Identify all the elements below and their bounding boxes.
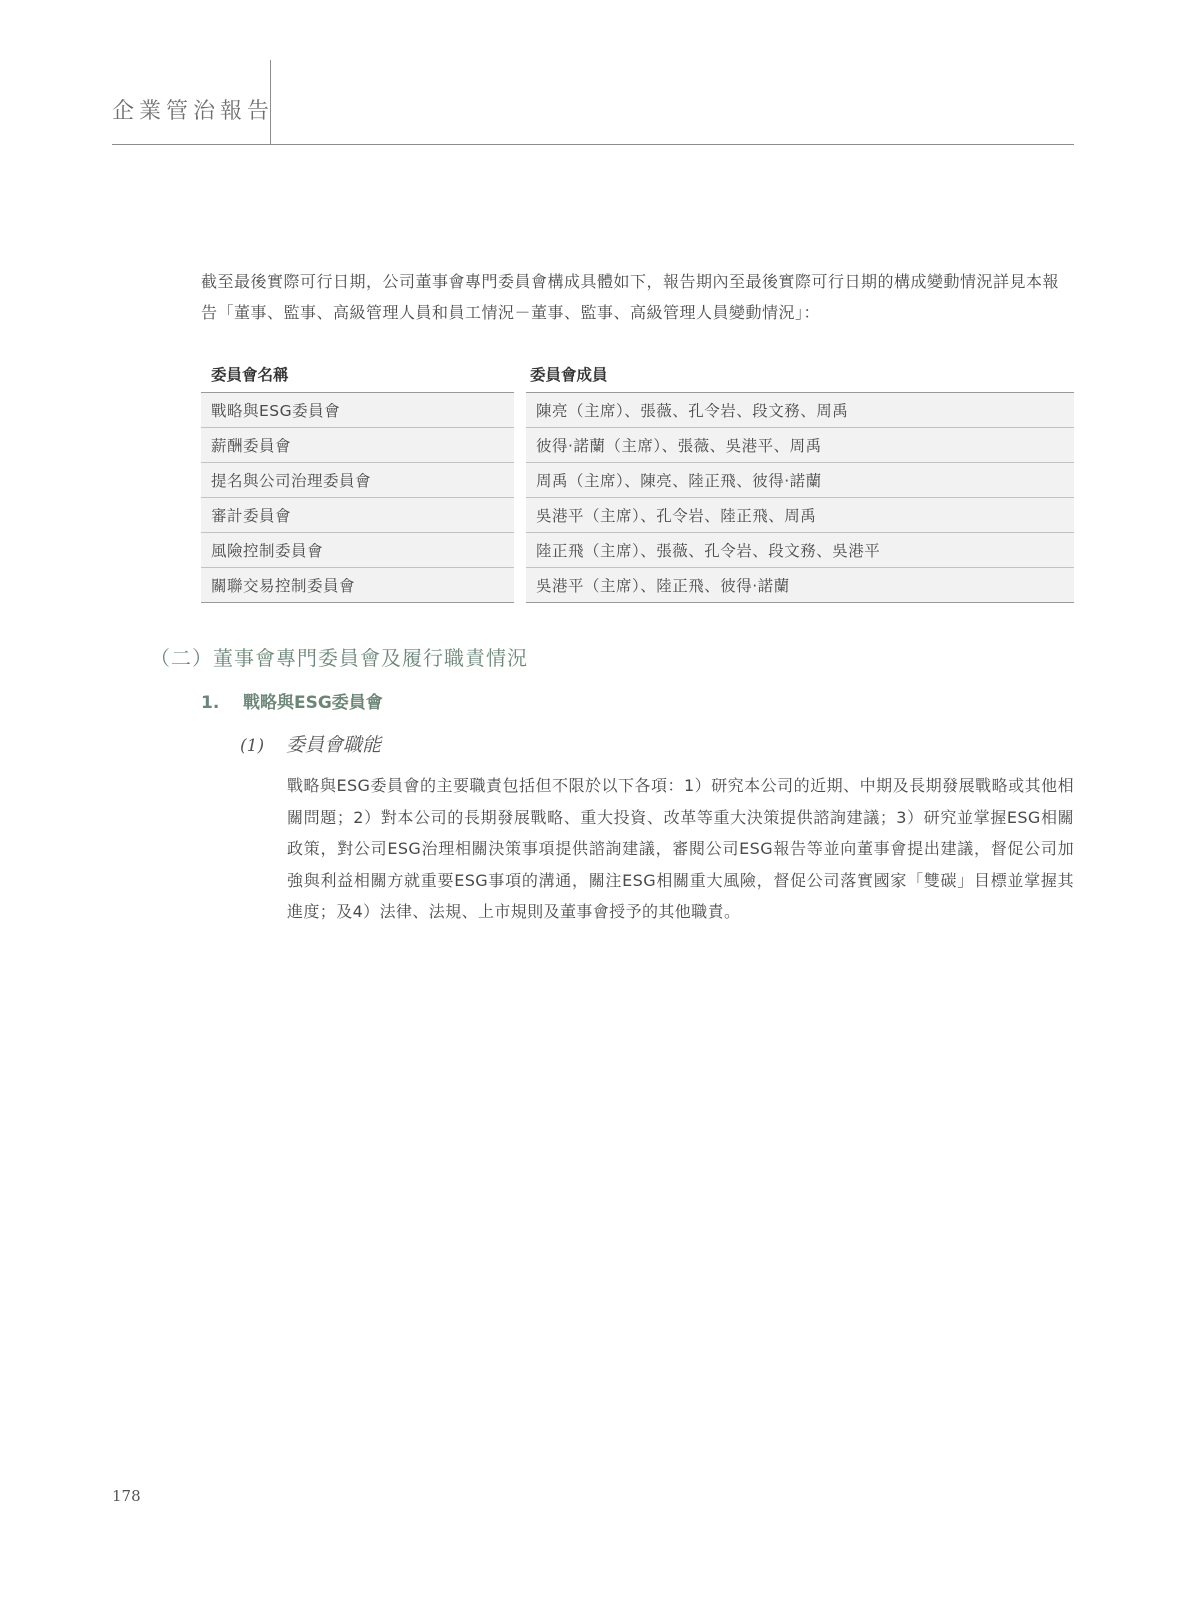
page-header: 企業管治報告 — [112, 60, 1074, 145]
table-row: 薪酬委員會 彼得·諾蘭（主席）、張薇、吳港平、周禹 — [201, 428, 1074, 463]
committee-members-cell: 陸正飛（主席）、張薇、孔令岩、段文務、吳港平 — [520, 533, 1074, 568]
subsubsection-number: (1) — [240, 736, 286, 756]
committee-name-cell: 風險控制委員會 — [201, 533, 520, 568]
subsubsection-heading: (1)委員會職能 — [240, 730, 381, 757]
committee-name-cell: 提名與公司治理委員會 — [201, 463, 520, 498]
table-row: 風險控制委員會 陸正飛（主席）、張薇、孔令岩、段文務、吳港平 — [201, 533, 1074, 568]
committee-functions-paragraph: 戰略與ESG委員會的主要職責包括但不限於以下各項：1）研究本公司的近期、中期及長… — [287, 770, 1074, 928]
committee-name-cell: 薪酬委員會 — [201, 428, 520, 463]
table-row: 審計委員會 吳港平（主席）、孔令岩、陸正飛、周禹 — [201, 498, 1074, 533]
committee-name-cell: 關聯交易控制委員會 — [201, 568, 520, 603]
committee-name-cell: 戰略與ESG委員會 — [201, 393, 520, 428]
subsection-title: 戰略與ESG委員會 — [243, 693, 383, 713]
subsubsection-title: 委員會職能 — [286, 734, 381, 756]
table-row: 提名與公司治理委員會 周禹（主席）、陳亮、陸正飛、彼得·諾蘭 — [201, 463, 1074, 498]
column-header-committee-name: 委員會名稱 — [201, 355, 520, 393]
subsection-number: 1. — [201, 693, 243, 713]
header-title: 企業管治報告 — [112, 94, 274, 125]
committee-members-cell: 彼得·諾蘭（主席）、張薇、吳港平、周禹 — [520, 428, 1074, 463]
column-header-committee-members: 委員會成員 — [520, 355, 1074, 393]
intro-paragraph: 截至最後實際可行日期，公司董事會專門委員會構成具體如下，報告期內至最後實際可行日… — [201, 266, 1075, 328]
table-header-row: 委員會名稱 委員會成員 — [201, 355, 1074, 393]
committee-members-cell: 周禹（主席）、陳亮、陸正飛、彼得·諾蘭 — [520, 463, 1074, 498]
committee-name-cell: 審計委員會 — [201, 498, 520, 533]
committee-table: 委員會名稱 委員會成員 戰略與ESG委員會 陳亮（主席）、張薇、孔令岩、段文務、… — [201, 355, 1074, 603]
committee-members-cell: 陳亮（主席）、張薇、孔令岩、段文務、周禹 — [520, 393, 1074, 428]
committee-members-cell: 吳港平（主席）、孔令岩、陸正飛、周禹 — [520, 498, 1074, 533]
section-heading: （二）董事會專門委員會及履行職責情況 — [150, 642, 528, 671]
table-row: 戰略與ESG委員會 陳亮（主席）、張薇、孔令岩、段文務、周禹 — [201, 393, 1074, 428]
subsection-heading: 1.戰略與ESG委員會 — [201, 688, 383, 713]
committee-members-cell: 吳港平（主席）、陸正飛、彼得·諾蘭 — [520, 568, 1074, 603]
page-number: 178 — [112, 1487, 141, 1505]
header-divider — [270, 60, 271, 144]
table-row: 關聯交易控制委員會 吳港平（主席）、陸正飛、彼得·諾蘭 — [201, 568, 1074, 603]
